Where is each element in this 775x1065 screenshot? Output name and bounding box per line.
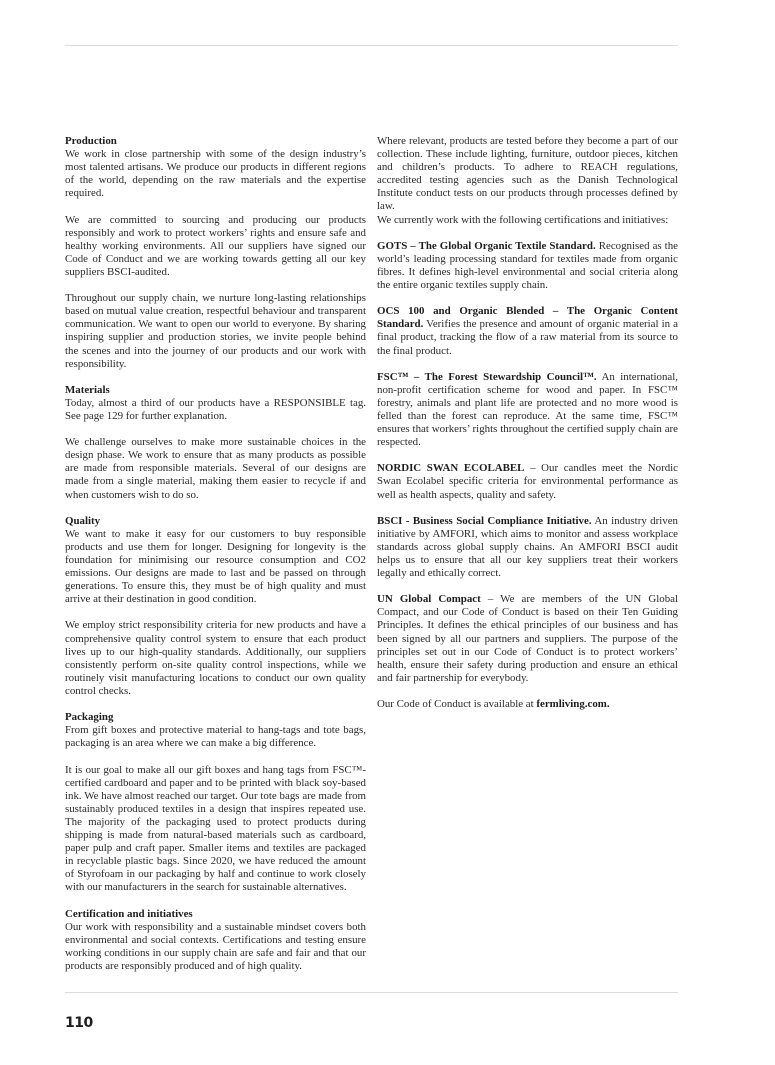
heading-quality: Quality [65,515,366,528]
certification-title: NORDIC SWAN ECOLABEL [377,462,524,474]
section-packaging: Packaging From gift boxes and protective… [65,711,366,894]
section-production: Production We work in close partnership … [65,135,366,371]
right-column: Where relevant, products are tested befo… [377,135,678,724]
paragraph: Our work with responsibility and a susta… [65,921,366,973]
paragraph: We want to make it easy for our customer… [65,528,366,607]
certification-nordic-swan: NORDIC SWAN ECOLABEL – Our candles meet … [377,462,678,501]
paragraph: Throughout our supply chain, we nurture … [65,292,366,371]
certification-title: GOTS – The Global Organic Textile Standa… [377,240,596,252]
certification-title: UN Global Compact [377,593,481,605]
certification-text: – We are members of the UN Global Compac… [377,593,678,684]
heading-production: Production [65,135,366,148]
heading-materials: Materials [65,384,366,397]
paragraph: We challenge ourselves to make more sust… [65,436,366,501]
paragraph: It is our goal to make all our gift boxe… [65,764,366,895]
certification-title: FSC™ – The Forest Stewardship Council™. [377,371,597,383]
certification-un-global-compact: UN Global Compact – We are members of th… [377,593,678,685]
paragraph: Today, almost a third of our products ha… [65,397,366,423]
paragraph: We are committed to sourcing and produci… [65,214,366,279]
paragraph: We work in close partnership with some o… [65,148,366,200]
certification-text: Verifies the presence and amount of orga… [377,318,678,356]
paragraph: From gift boxes and protective material … [65,724,366,750]
website-link[interactable]: fermliving.com. [536,698,609,710]
heading-packaging: Packaging [65,711,366,724]
certification-fsc: FSC™ – The Forest Stewardship Council™. … [377,371,678,450]
certification-gots: GOTS – The Global Organic Textile Standa… [377,240,678,292]
paragraph: We employ strict responsibility criteria… [65,619,366,698]
section-materials: Materials Today, almost a third of our p… [65,384,366,502]
certification-title: BSCI - Business Social Compliance Initia… [377,515,592,527]
intro-text: Where relevant, products are tested befo… [377,135,678,212]
section-certification: Certification and initiatives Our work w… [65,908,366,973]
code-of-conduct-note: Our Code of Conduct is available at ferm… [377,698,678,711]
section-quality: Quality We want to make it easy for our … [65,515,366,698]
header-rule [65,45,678,46]
testing-intro: Where relevant, products are tested befo… [377,135,678,227]
intro-lead-in: We currently work with the following cer… [377,214,668,226]
certification-ocs: OCS 100 and Organic Blended – The Organi… [377,305,678,357]
page-number: 110 [65,1015,93,1031]
footer-rule [65,992,678,993]
left-column: Production We work in close partnership … [65,135,366,986]
certification-bsci: BSCI - Business Social Compliance Initia… [377,515,678,580]
heading-certification: Certification and initiatives [65,908,366,921]
closing-text: Our Code of Conduct is available at [377,698,536,710]
